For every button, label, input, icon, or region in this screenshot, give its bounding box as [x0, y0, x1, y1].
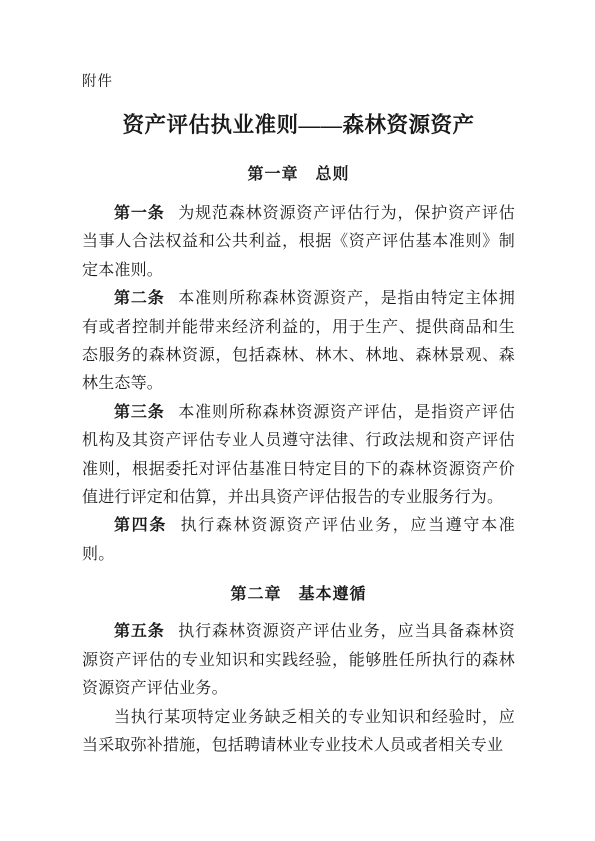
article-label-1: 第一条: [114, 205, 165, 222]
document-page: 附件 资产评估执业准则——森林资源资产 第一章 总则 第一条为规范森林资源资产评…: [0, 0, 595, 841]
article-paragraph-1: 第一条为规范森林资源资产评估行为，保护资产评估当事人合法权益和公共利益，根据《资…: [82, 200, 515, 285]
article-label-4: 第四条: [114, 517, 167, 534]
article-label-2: 第二条: [114, 290, 165, 307]
article-label-3: 第三条: [114, 404, 165, 421]
article-paragraph-2: 第二条本准则所称森林资源资产，是指由特定主体拥有或者控制并能带来经济利益的，用于…: [82, 285, 515, 399]
chapter-heading-2: 第二章 基本遵循: [82, 584, 515, 606]
document-title: 资产评估执业准则——森林资源资产: [82, 111, 515, 139]
continuation-paragraph: 当执行某项特定业务缺乏相关的专业知识和经验时，应当采取弥补措施，包括聘请林业专业…: [82, 704, 515, 761]
article-paragraph-5: 第五条执行森林资源资产评估业务，应当具备森林资源资产评估的专业知识和实践经验，能…: [82, 618, 515, 703]
article-label-5: 第五条: [114, 623, 165, 640]
article-paragraph-4: 第四条执行森林资源资产评估业务，应当遵守本准则。: [82, 512, 515, 569]
attachment-label: 附件: [82, 73, 515, 91]
chapter-heading-1: 第一章 总则: [82, 164, 515, 186]
article-paragraph-3: 第三条本准则所称森林资源资产评估，是指资产评估机构及其资产评估专业人员遵守法律、…: [82, 399, 515, 513]
